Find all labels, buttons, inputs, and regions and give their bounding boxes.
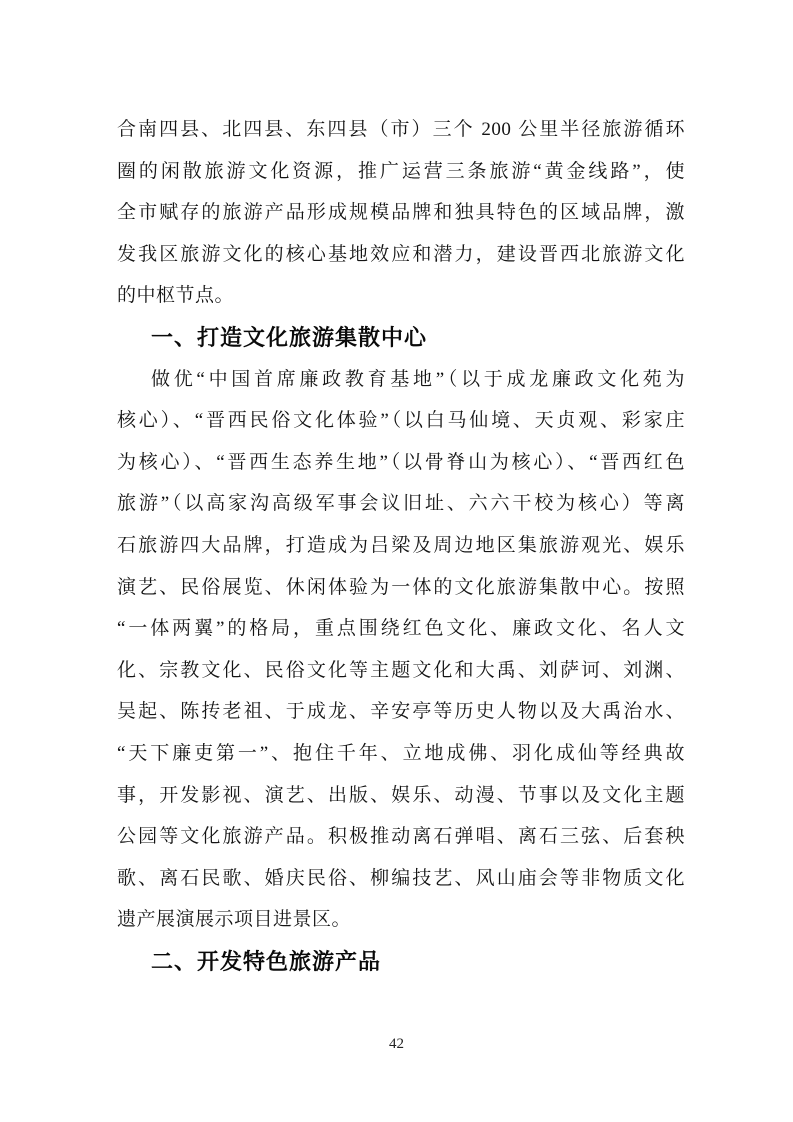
page-number: 42 [0,1034,793,1054]
text-line: 公园等文化旅游产品。积极推动离石弹唱、离石三弦、后套秧 [117,816,685,858]
text-line: 吴起、陈抟老祖、于成龙、辛安亭等历史人物以及大禹治水、 [117,691,685,733]
text-line: 遗产展演展示项目进景区。 [117,899,685,941]
text-line: 旅游”（以高家沟高级军事会议旧址、六六干校为核心）等离 [117,483,685,525]
text-line: “一体两翼”的格局，重点围绕红色文化、廉政文化、名人文 [117,608,685,650]
text-line: 做优“中国首席廉政教育基地”（以于成龙廉政文化苑为 [117,359,685,401]
text-line: “天下廉吏第一”、抱住千年、立地成佛、羽化成仙等经典故 [117,733,685,775]
text-line: 事，开发影视、演艺、出版、娱乐、动漫、节事以及文化主题 [117,775,685,817]
text-line: 石旅游四大品牌，打造成为吕梁及周边地区集旅游观光、娱乐 [117,525,685,567]
document-page: 合南四县、北四县、东四县（市）三个 200 公里半径旅游循环 圈的闲散旅游文化资… [0,0,793,1122]
text-line: 化、宗教文化、民俗文化等主题文化和大禹、刘萨诃、刘渊、 [117,650,685,692]
text-line: 为核心）、“晋西生态养生地”（以骨脊山为核心）、“晋西红色 [117,442,685,484]
text-line: 发我区旅游文化的核心基地效应和潜力，建设晋西北旅游文化 [117,234,685,276]
document-text-block: 合南四县、北四县、东四县（市）三个 200 公里半径旅游循环 圈的闲散旅游文化资… [117,109,685,982]
text-line: 核心）、“晋西民俗文化体验”（以白马仙境、天贞观、彩家庄 [117,400,685,442]
text-line: 合南四县、北四县、东四县（市）三个 200 公里半径旅游循环 [117,109,685,151]
text-line: 全市赋存的旅游产品形成规模品牌和独具特色的区域品牌，激 [117,192,685,234]
text-line: 的中枢节点。 [117,275,685,317]
text-line: 圈的闲散旅游文化资源，推广运营三条旅游“黄金线路”，使 [117,151,685,193]
text-line: 演艺、民俗展览、休闲体验为一体的文化旅游集散中心。按照 [117,567,685,609]
section-heading-2: 二、开发特色旅游产品 [117,941,685,983]
section-heading-1: 一、打造文化旅游集散中心 [117,317,685,359]
text-line: 歌、离石民歌、婚庆民俗、柳编技艺、风山庙会等非物质文化 [117,858,685,900]
